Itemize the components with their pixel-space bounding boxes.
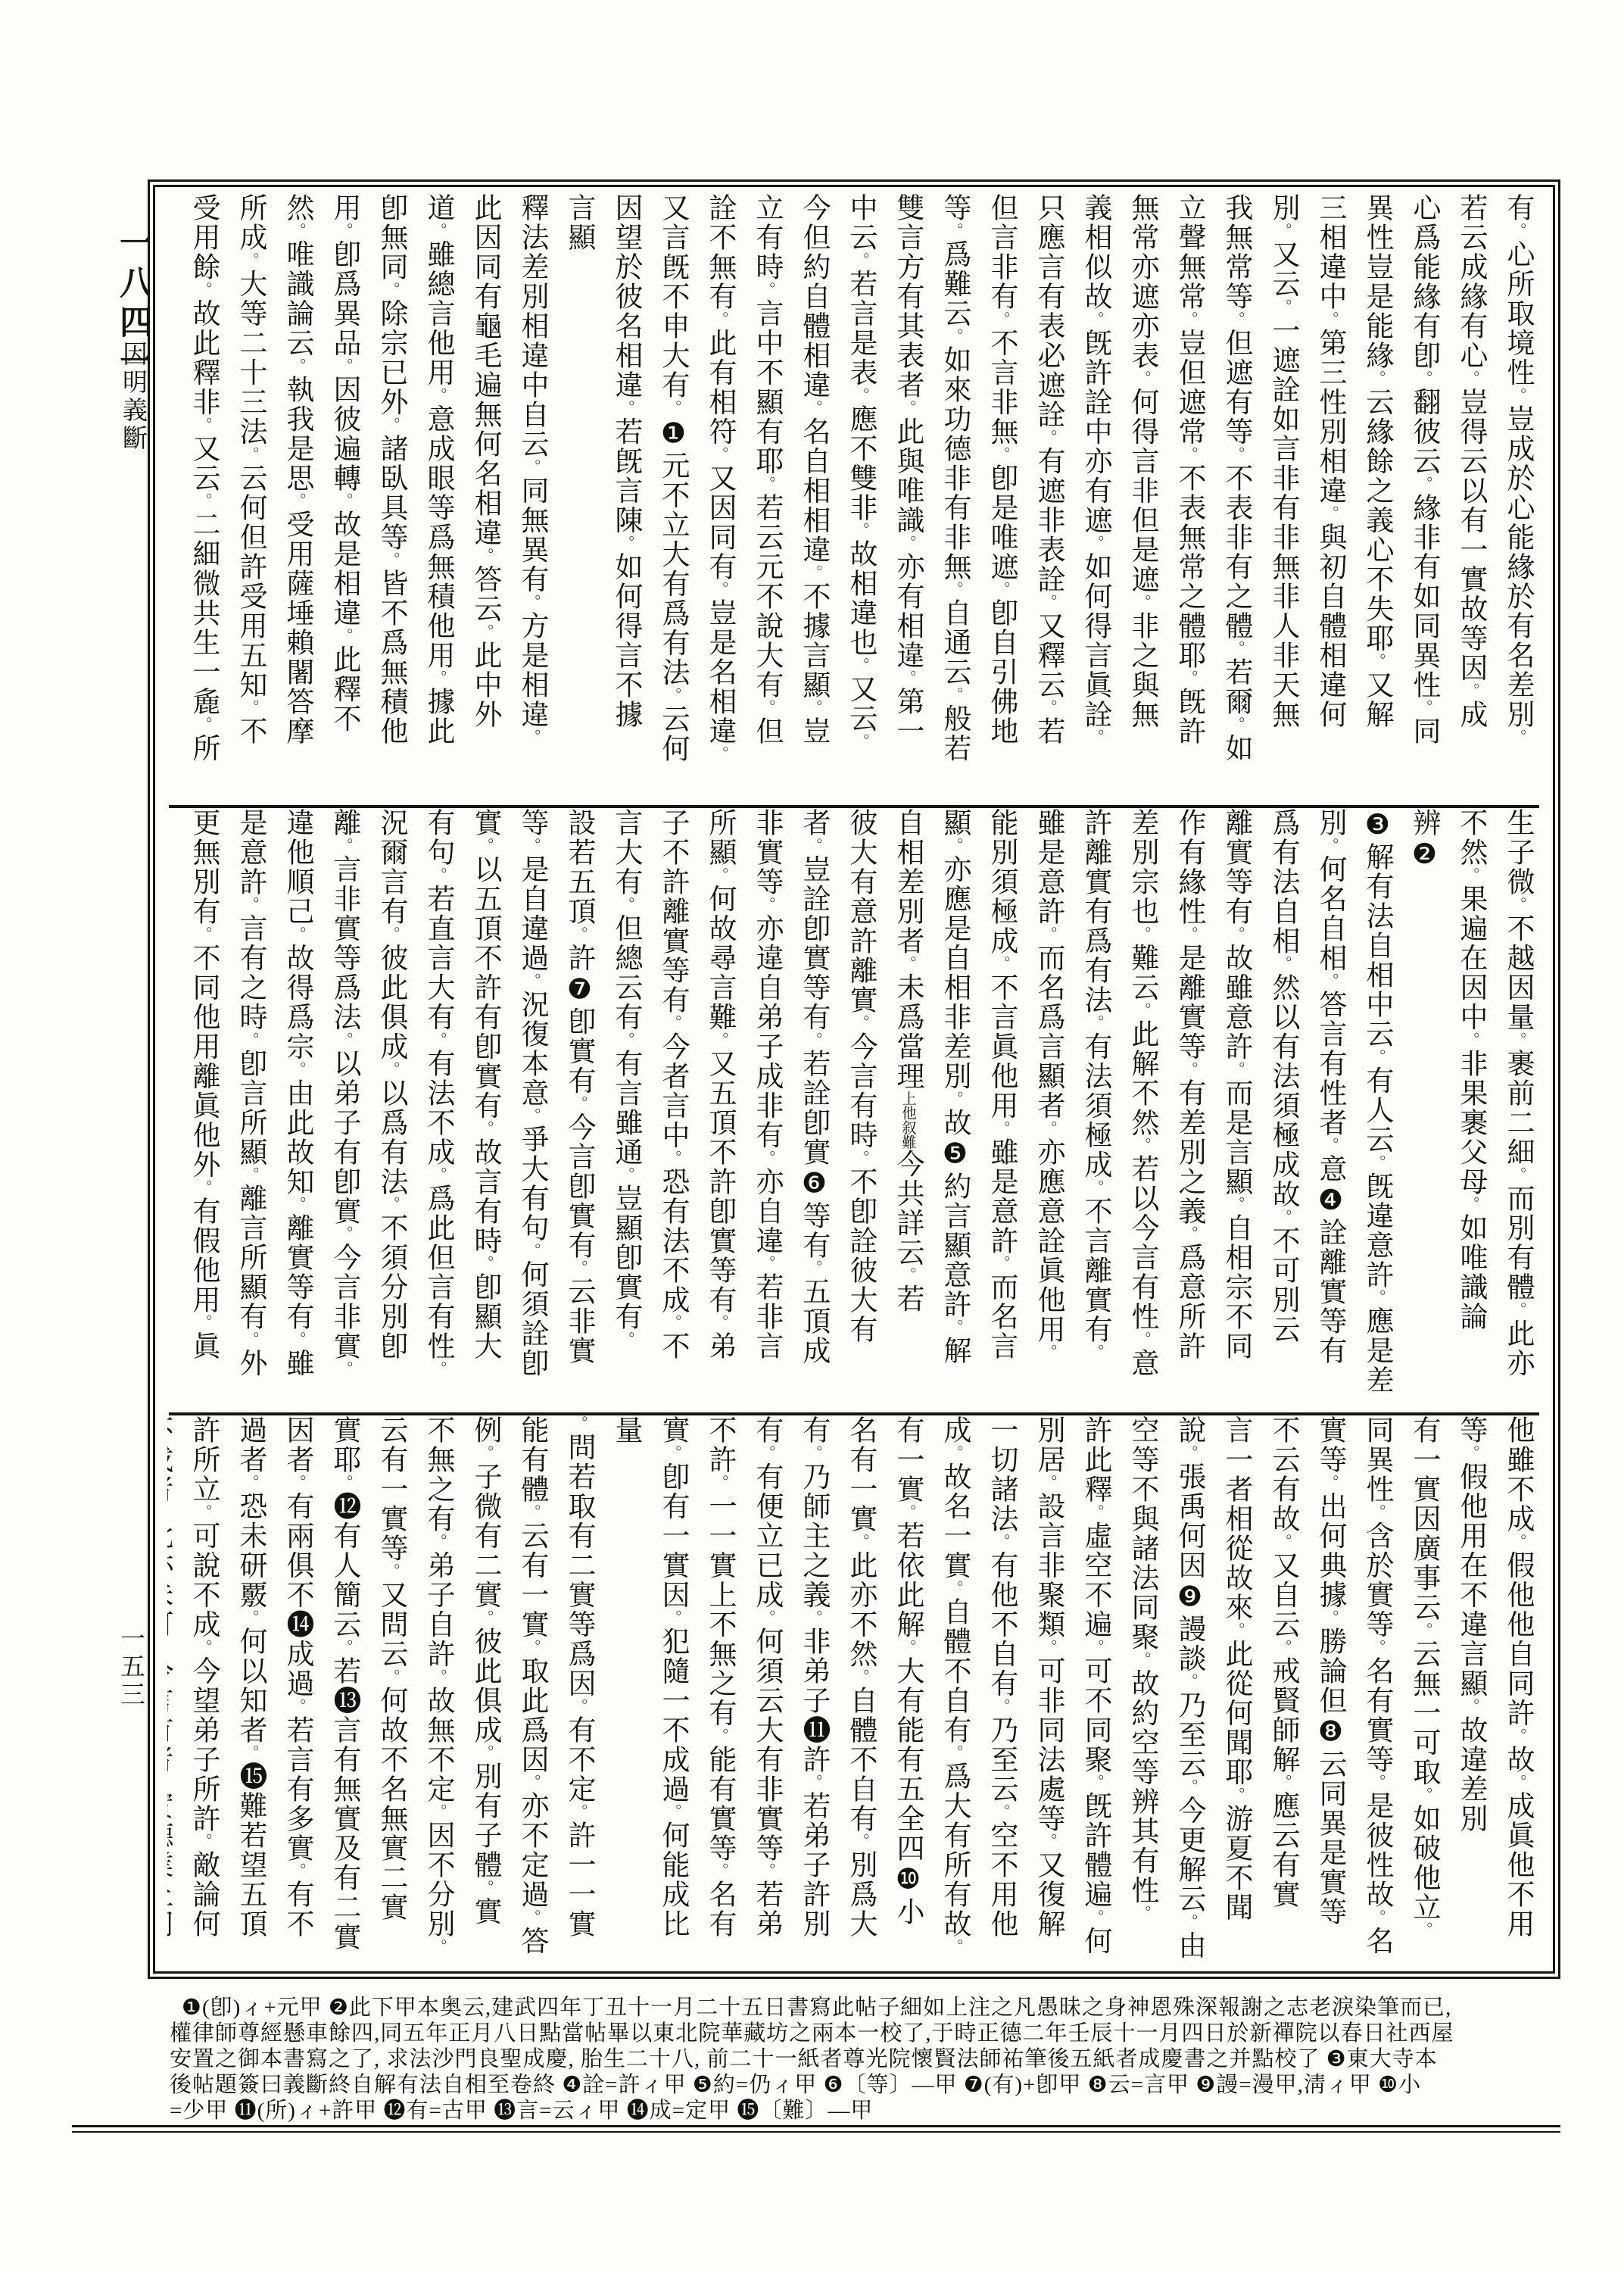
text-column: 。問若取有二實等爲因。有不定。許一一實 [555,1415,602,1965]
text-column: 有。心所取境性。豈成於心能緣於有名差別。 [1494,193,1541,805]
text-column: 云有一實等。又問云。何故不名無實二實 [367,1415,414,1965]
text-column: 名有一實。此亦不然。自體不自有。別爲大 [837,1415,884,1965]
text-column: 子不許離實等有。今者言中。恐有法不成。不 [649,808,696,1412]
text-column: 違他順己。故得爲宗。由此故知。離實等有。雖 [273,808,320,1412]
text-column: 自相差別者。未爲當理上他叙難今共詳云。若 [884,808,930,1412]
text-column: 彼大有意許離實。今言有時。不卽詮彼大有 [837,808,884,1412]
text-column: 別居。設言非聚類。可非同法處等。又復解 [1024,1415,1071,1965]
text-column: 實。以五頂不許有卽實有。故言有時。卽顯大 [461,808,508,1412]
work-title-label: 因明義斷 [115,341,151,453]
page-number-label: 一五三 [113,1625,148,1709]
text-column: 又言旣不申大有。❶元不立大有爲有法。云何 [649,193,696,805]
text-column: 是意許。言有之時。卽言所顯。離言所顯有。外 [226,808,273,1412]
footer-rule [72,2125,1560,2133]
text-column: 立聲無常。豈但遮常。不表無常之體耶。旣許 [1165,193,1212,805]
text-column: 差別宗也。難云。此解不然。若以今言有性。意 [1118,808,1165,1412]
interlinear-note: 上他叙難 [899,1091,915,1149]
text-column: 例。子微有二實。彼此俱成。別有子體。實 [461,1415,508,1965]
middle-register: 生子微。不越因量。裹前二細。而別有體。此亦不然。果遍在因中。非果裹父母。如唯識論… [167,808,1541,1412]
text-column: 許離實有爲有法。有法須極成。不言離實有。 [1071,808,1118,1412]
text-column: 成。故名一實。自體不自有。爲大有所有故。 [930,1415,977,1965]
text-column: 等。是自違過。況復本意。爭大有句。何須詮卽 [508,808,555,1412]
text-column: 釋法差別相違中自云。同無異有。方是相違。 [508,193,555,805]
lower-register: 他雖不成。假他他自同許。故。成眞他不用等。假他用在不違言顯。故違差別有一實因廣事… [167,1415,1541,1965]
text-column: 空等不與諸法同聚。故約空等辨其有性。 [1118,1415,1165,1965]
text-column: 離。言非實等爲法。以弟子有卽實。今言非實。 [320,808,367,1412]
text-column: 等。假他用在不違言顯。故違差別 [1447,1415,1494,1965]
text-column: 雖是意許。而名爲言顯者。亦應意詮眞他用。 [1024,808,1071,1412]
text-column: 顯。亦應是自相非差別。故❺約言顯意許。解 [930,808,977,1412]
text-column: 異性豈是能緣。云緣餘之義心不失耶。又解 [1353,193,1400,805]
text-column: 實耶。⓬有人簡云。若⓭言有無實及有二實 [320,1415,367,1965]
text-frame: 有。心所取境性。豈成於心能緣於有名差別。若云成緣有心。豈得云以有一實故等因。成心… [148,179,1560,1979]
text-column: 同異性。含於實等。名有實等。是彼性故。名 [1353,1415,1400,1965]
text-column: 所成。大等二十三法。云何但許受用五知。不 [226,193,273,805]
text-column: 實等。出何典據。勝論但❽云同異是實等 [1306,1415,1353,1965]
text-column: 卽無同。除宗已外。諸臥具等。皆不爲無積他 [367,193,414,805]
text-column: 非實等。亦違自弟子成非有。亦自違。若非言 [743,808,790,1412]
text-column: 者。豈詮卽實等有。若詮卽實❻等有。五頂成 [790,808,837,1412]
text-column: 設若五頂。許❼卽實有。今言卽實有。云非實 [555,808,602,1412]
text-column: 道。雖總言他用。意成眼等爲無積他用。據此 [414,193,461,805]
text-column: 因望於彼名相違。若旣言陳。如何得言不據 [602,193,649,805]
text-column: 不無之有。弟子自許。故無不定。因不分別。 [414,1415,461,1965]
text-column: 別。又云。一遮詮如言非有非無非人非天無 [1259,193,1306,805]
scanned-page: 一八四一 因明義斷 一五三 有。心所取境性。豈成於心能緣於有名差別。若云成緣有心… [0,0,1624,2272]
text-column: 能有體。云有一實。取此爲因。亦不定過。答 [508,1415,555,1965]
text-column: 離實等有。故雖意許。而是言顯。自相宗不同 [1212,808,1259,1412]
text-column: 受用餘。故此釋非。又云。二細微共生一麁。所 [179,193,226,805]
apparatus-note-line: 安置之御本書寫之了, 求法沙門良聖成慶, 胎生二十八, 前二十一紙者尊光院懷賢法… [170,2046,1564,2072]
text-column: ❸解有法自相中云。有人云。旣違意許。應是差 [1353,808,1400,1412]
text-column: 用。卽爲異品。因彼遍轉。故是相違。此釋不 [320,193,367,805]
apparatus-note-line: 權律師尊經懸車餘四,同五年正月八日點當帖畢以東北院華藏坊之兩本一校了,于時正德二… [170,2021,1564,2046]
text-column: 然。唯識論云。執我是思。受用薩埵賴闍答摩 [273,193,320,805]
text-column: 立有時。言中不顯有耶。若云元不說大有。但 [743,193,790,805]
text-column: 因者。有兩俱不⓮成過。若言有多實。有不 [273,1415,320,1965]
text-column: 作有緣性。是離實等。有差別之義。爲意所許 [1165,808,1212,1412]
text-column: 一切諸法。有他不自有。乃至云。空不用他 [977,1415,1024,1965]
text-column: 有一實因廣事云。云無一可取。如破他立。 [1400,1415,1447,1965]
text-column: 今但約自體相違。名自相相違。不據言顯。豈 [790,193,837,805]
text-column: 詮不無有。此有相符。又因同有。豈是名相違。 [696,193,743,805]
text-column: 實。卽有一實因。犯隨一不成過。何能成比量 [602,1415,696,1965]
text-column: 有一實。若依此解。大有能有五全四❿小 [884,1415,930,1965]
text-column: 辨❷ [1400,808,1447,1412]
text-column: 言顯 [555,193,602,805]
text-column: 況爾言有。彼此俱成。以爲有法。不須分別卽 [367,808,414,1412]
text-column: 此因同有龜毛遍無何名相違。答云。此中外 [461,193,508,805]
text-column: 義相似故。旣許詮中亦有遮。如何得言眞詮。 [1071,193,1118,805]
text-column: 但言非有。不言非無。卽是唯遮。卽自引佛地 [977,193,1024,805]
text-column: 等。爲難云。如來功德非有非無。自通云。般若 [930,193,977,805]
text-column: 不然。果遍在因中。非果裹父母。如唯識論 [1447,808,1494,1412]
apparatus-note-line: =少甲 ⓫(所)ィ+許甲 ⓬有=古甲 ⓭言=云ィ甲 ⓮成=定甲 ⓯〔難〕—甲 [170,2098,1564,2124]
text-column: 三相違中。第三性別相違。與初自體相違何 [1306,193,1353,805]
text-column: 能別須極成。不言眞他用。雖是意許。而名言 [977,808,1024,1412]
text-column: 更無別有。不同他用離眞他外。有假他用。眞 [179,808,226,1412]
text-column: 過者。恐未研覈。何以知者。⓯難若望五頂 [226,1415,273,1965]
apparatus-note-line: ❶(卽)ィ+元甲 ❷此下甲本奥云,建武四年丁丑十一月二十五日書寫此帖子細如上注之… [170,1995,1564,2021]
apparatus-note-line: 後帖題簽曰義斷終自解有法自相至卷終 ❹詮=許ィ甲 ❺約=仍ィ甲 ❻〔等〕—甲 ❼… [170,2072,1564,2098]
text-column: 雙言方有其表者。此與唯識。亦有相違。第一 [884,193,930,805]
text-column: 言一者相從故來。此從何聞耶。游夏不聞 [1212,1415,1259,1965]
text-column: 許此釋。虛空不遍。可不同聚。旣許體遍。何 [1071,1415,1118,1965]
text-column: 說。張禹何因❾謾談。乃至云。今更解云。由 [1165,1415,1212,1965]
text-column: 別。何名自相。答言有性者。意❹詮離實等有 [1306,808,1353,1412]
text-column: 中云。若言是表。應不雙非。故相違也。又云。 [837,193,884,805]
text-column: 不許。一一實上不無之有。能有實等。名有 [696,1415,743,1965]
text-column: 有句。若直言大有。有法不成。爲此但言有性。 [414,808,461,1412]
text-column: 只應言有表必遮詮。有遮非表詮。又釋云。若 [1024,193,1071,805]
text-column: 有。乃師主之義。非弟子⓫許。若弟子許別 [790,1415,837,1965]
text-column: 爲有法自相。然以有法須極成故。不可別云 [1259,808,1306,1412]
text-column: 不成者。此亦未可。今言有者。實德業上同 [167,1415,179,1965]
text-column: 有。有便立已成。何須云大有非實等。若弟 [743,1415,790,1965]
text-column: 若云成緣有心。豈得云以有一實故等因。成 [1447,193,1494,805]
text-column: 許所立。可說不成。今望弟子所許。敵論何 [179,1415,226,1965]
text-column: 生子微。不越因量。裹前二細。而別有體。此亦 [1494,808,1541,1412]
text-column: 心爲能緣有卽。翻彼云。緣非有如同異性。同 [1400,193,1447,805]
text-column: 無常亦遮亦表。何得言非但是遮。非之與無 [1118,193,1165,805]
text-column: 言大有。但總云有。有言雖通。豈顯卽實有。 [602,808,649,1412]
text-column: 他雖不成。假他他自同許。故。成眞他不用 [1494,1415,1541,1965]
text-column: 所顯。何故尋言難。又五頂不許卽實等有。弟 [696,808,743,1412]
text-column: 我無常等。但遮有等。不表非有之體。若爾。如 [1212,193,1259,805]
apparatus-notes: ❶(卽)ィ+元甲 ❷此下甲本奥云,建武四年丁丑十一月二十五日書寫此帖子細如上注之… [170,1995,1564,2124]
upper-register: 有。心所取境性。豈成於心能緣於有名差別。若云成緣有心。豈得云以有一實故等因。成心… [167,193,1541,805]
text-column: 不云有故。又自云。戒賢師解。應云有實 [1259,1415,1306,1965]
